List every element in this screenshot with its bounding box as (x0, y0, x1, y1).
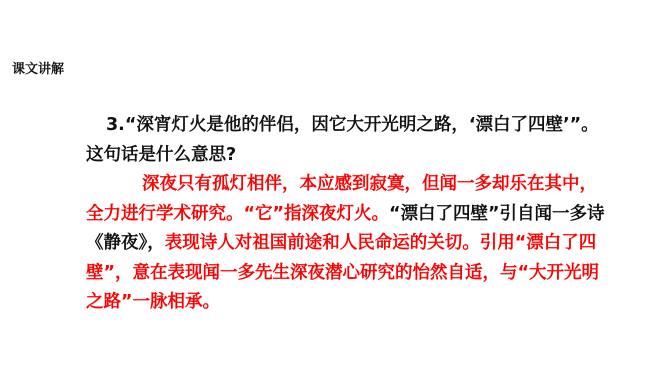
answer-paragraph: 深夜只有孤灯相伴，本应感到寂寞，但闻一多却乐在其中，全力进行学术研究。“它”指深… (86, 170, 608, 318)
section-title: 课文讲解 (12, 58, 64, 77)
question-text: 3.“深宵灯火是他的伴侣，因它大开光明之路，‘漂白了四壁’”。这句话是什么意思? (86, 111, 608, 170)
slide-content: 3.“深宵灯火是他的伴侣，因它大开光明之路，‘漂白了四壁’”。这句话是什么意思?… (86, 111, 608, 318)
